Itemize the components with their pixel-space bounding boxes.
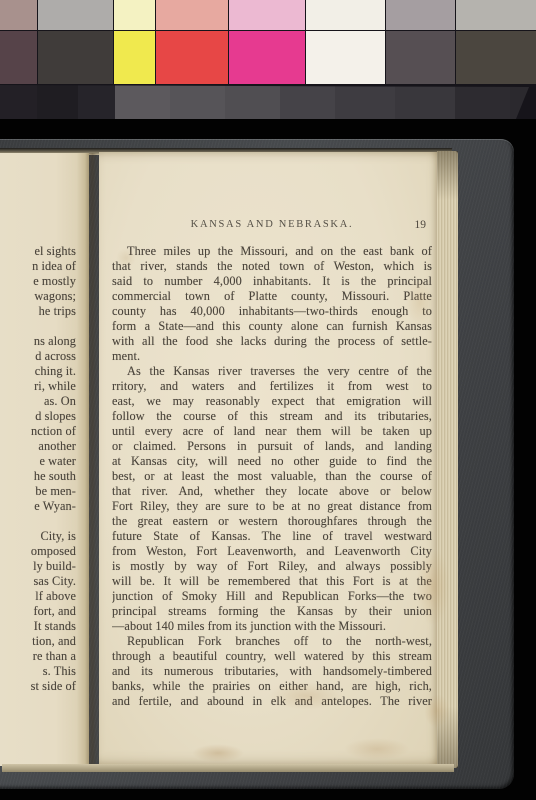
left-page-line-fragment: nction of	[0, 424, 78, 439]
calibration-patch	[229, 0, 305, 30]
gray-strip-segment	[170, 85, 225, 119]
left-page-line-fragment	[0, 319, 78, 334]
left-page-line-fragment: n idea of	[0, 259, 78, 274]
left-page-line-fragment: omposed	[0, 544, 78, 559]
body-text-line: will be. It will be remembered that this…	[112, 574, 432, 589]
gray-strip-segment	[115, 85, 170, 119]
calibration-patch	[306, 0, 385, 30]
left-page-line-fragment: e mostly	[0, 274, 78, 289]
calibration-patch	[306, 31, 385, 84]
page-stack-bottom-edge	[2, 764, 454, 772]
page-number: 19	[415, 218, 427, 232]
gray-strip-segment	[455, 85, 510, 119]
body-text-line: Republican Fork branches off to the nort…	[112, 634, 432, 649]
body-text-line: that river. And, whether they locate abo…	[112, 484, 432, 499]
left-page-line-fragment: el sights	[0, 244, 78, 259]
body-text-line: best, or at least the most valuable, tha…	[112, 469, 432, 484]
body-text-line: said to number 4,000 inhabitants. It is …	[112, 274, 432, 289]
left-page-line-fragment: e water	[0, 454, 78, 469]
gray-strip-segment	[510, 85, 536, 119]
gray-strip-segment	[280, 85, 335, 119]
body-text-line: from Weston, Fort Leavenworth, and Leave…	[112, 544, 432, 559]
calibration-patch	[114, 31, 155, 84]
body-text-line: until every acre of land near them will …	[112, 424, 432, 439]
left-page-line-fragment: ching it.	[0, 364, 78, 379]
calibration-light-row	[0, 0, 536, 30]
left-page-line-fragment: wagons;	[0, 289, 78, 304]
body-text-line: and its numerous tributaries, with hands…	[112, 664, 432, 679]
calibration-dark-row	[0, 31, 536, 84]
body-text-line: east, we may reasonably expect that emig…	[112, 394, 432, 409]
gray-strip-segment	[37, 85, 78, 119]
left-page-line-fragment	[0, 514, 78, 529]
body-text-line: rritory, and waters and fertilizes it fr…	[112, 379, 432, 394]
left-page-line-fragment: e Wyan-	[0, 499, 78, 514]
gray-strip-segment	[335, 85, 395, 119]
body-text-line: the great eastern or western thoroughfar…	[112, 514, 432, 529]
right-page: KANSAS AND NEBRASKA. 19 Three miles up t…	[99, 152, 438, 766]
gray-strip-segment	[0, 85, 37, 119]
left-page-line-fragment: as. On	[0, 394, 78, 409]
gray-strip-segment	[225, 85, 280, 119]
body-text-line: —about 140 miles from its junction with …	[112, 619, 432, 634]
calibration-patch	[114, 0, 155, 30]
body-text-line: form a State—and this county alone can f…	[112, 319, 432, 334]
left-page-line-fragment: re than a	[0, 649, 78, 664]
page-header: KANSAS AND NEBRASKA. 19	[112, 218, 432, 232]
body-text-line: future State of Kansas. The line of trav…	[112, 529, 432, 544]
running-head-title: KANSAS AND NEBRASKA.	[112, 218, 432, 232]
body-text-line: As the Kansas river traverses the very c…	[112, 364, 432, 379]
gray-strip-segment	[395, 85, 455, 119]
calibration-patch	[386, 31, 455, 84]
left-page-line-fragment: he trips	[0, 304, 78, 319]
body-text-line: with all the food she lacks during the p…	[112, 334, 432, 349]
calibration-patch	[38, 31, 113, 84]
fore-edge-pages	[437, 151, 458, 768]
body-text-line: that river, stands the noted town of Wes…	[112, 259, 432, 274]
left-page-text-fragments: el sightsn idea ofe mostlywagons;he trip…	[0, 244, 78, 694]
body-text-line: junction of Smoky Hill and Republican Fo…	[112, 589, 432, 604]
book-scan-photo: KANSAS AND NEBRASKA. 19 Three miles up t…	[0, 0, 536, 800]
left-page-line-fragment: d slopes	[0, 409, 78, 424]
calibration-patch	[0, 0, 37, 30]
body-text: Three miles up the Missouri, and on the …	[112, 244, 432, 709]
left-page-line-fragment: tion, and	[0, 634, 78, 649]
left-page-line-fragment: st side of	[0, 679, 78, 694]
calibration-patch	[38, 0, 113, 30]
calibration-gray-strip	[0, 85, 536, 119]
body-text-line: at Kansas city, will need no other guide…	[112, 454, 432, 469]
body-text-line: Fort Riley, they are sure to be at no gr…	[112, 499, 432, 514]
left-page-line-fragment: ns along	[0, 334, 78, 349]
left-page-line-fragment: sas City.	[0, 574, 78, 589]
body-text-line: principal streams forming the Kansas by …	[112, 604, 432, 619]
calibration-patch	[156, 0, 228, 30]
left-page-line-fragment: lf above	[0, 589, 78, 604]
body-text-line: ment.	[112, 349, 432, 364]
gray-strip-segment	[78, 85, 115, 119]
body-text-line: banks, while the prairies on either hand…	[112, 679, 432, 694]
body-text-line: and fertile, and abound in elk and antel…	[112, 694, 432, 709]
calibration-patch	[456, 0, 536, 30]
left-page-line-fragment: another	[0, 439, 78, 454]
body-text-line: follow the course of this stream and its…	[112, 409, 432, 424]
left-page-line-fragment: he south	[0, 469, 78, 484]
left-page-line-fragment: s. This	[0, 664, 78, 679]
left-page-line-fragment: City, is	[0, 529, 78, 544]
body-text-line: is mostly by way of Fort Riley, and alwa…	[112, 559, 432, 574]
left-page-line-fragment: d across	[0, 349, 78, 364]
calibration-patch	[456, 31, 536, 84]
left-page-line-fragment: fort, and	[0, 604, 78, 619]
body-text-line: or claimed. Persons in pursuit of lands,…	[112, 439, 432, 454]
color-calibration-target	[0, 0, 536, 119]
calibration-patch	[386, 0, 455, 30]
calibration-patch	[0, 31, 37, 84]
calibration-patch	[229, 31, 305, 84]
left-page-line-fragment: be men-	[0, 484, 78, 499]
left-page-line-fragment: ly build-	[0, 559, 78, 574]
left-page-line-fragment: ri, while	[0, 379, 78, 394]
body-text-line: Three miles up the Missouri, and on the …	[112, 244, 432, 259]
body-text-line: county has 40,000 inhabitants—two-thirds…	[112, 304, 432, 319]
left-page-line-fragment: It stands	[0, 619, 78, 634]
calibration-patch	[156, 31, 228, 84]
body-text-line: commercial town of Platte county, Missou…	[112, 289, 432, 304]
body-text-line: through a beautiful country, well watere…	[112, 649, 432, 664]
